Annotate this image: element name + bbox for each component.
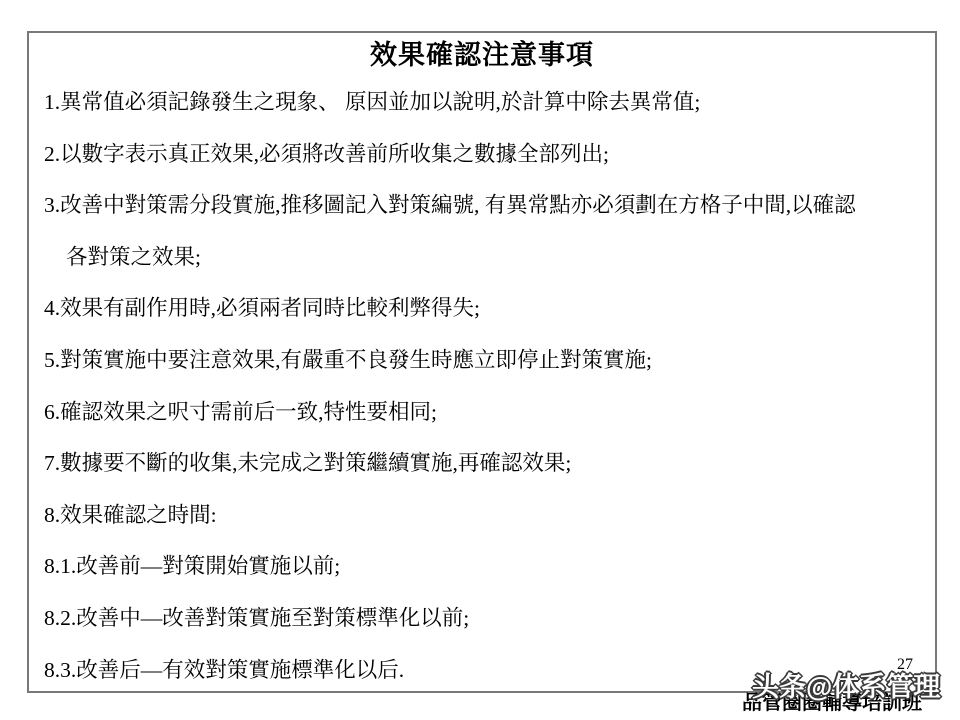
body-line: 8.3.改善后—有效對策實施標準化以后. [44,658,404,683]
slide-page: { "slide": { "title": "效果確認注意事項", "body_… [0,0,960,720]
slide-title: 效果確認注意事項 [27,41,937,71]
body-line: 2.以數字表示真正效果,必須將改善前所收集之數據全部列出; [44,142,609,167]
body-line: 1.異常值必須記錄發生之現象、 原因並加以說明,於計算中除去異常值; [44,90,700,115]
body-line: 各對策之效果; [66,245,201,270]
body-line: 8.2.改善中—改善對策實施至對策標準化以前; [44,606,469,631]
page-number: 27 [897,657,913,673]
body-line: 6.確認效果之呎寸需前后一致,特性要相同; [44,400,437,425]
body-line: 7.數據要不斷的收集,未完成之對策繼續實施,再確認效果; [44,451,571,476]
body-line: 5.對策實施中要注意效果,有嚴重不良發生時應立即停止對策實施; [44,348,652,373]
body-line: 8.1.改善前—對策開始實施以前; [44,554,340,579]
body-line: 4.效果有副作用時,必須兩者同時比較利弊得失; [44,296,480,321]
body-line: 3.改善中對策需分段實施,推移圖記入對策編號, 有異常點亦必須劃在方格子中間,以… [44,193,856,218]
body-line: 8.效果確認之時間: [44,503,217,528]
